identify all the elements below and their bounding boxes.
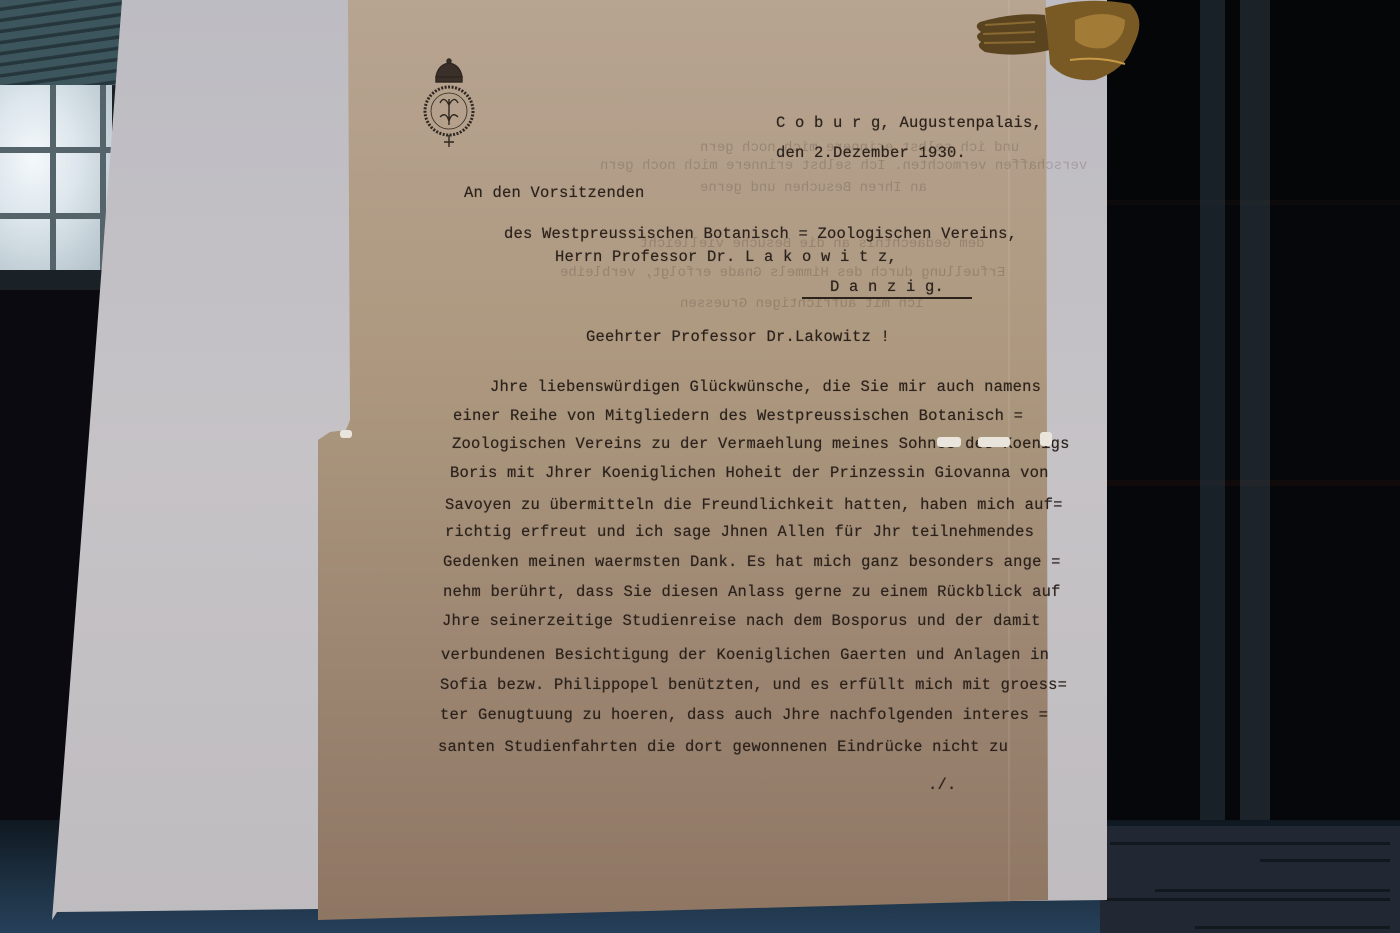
salutation: Geehrter Professor Dr.Lakowitz ! <box>586 328 890 346</box>
blurred-text-line <box>1110 842 1390 845</box>
paper-tear <box>1040 432 1052 446</box>
address-line-name: Herrn Professor Dr. L a k o w i t z, <box>555 248 897 266</box>
body-line: Sofia bezw. Philippopel benützten, und e… <box>440 676 1067 694</box>
paper-tear <box>978 437 1010 447</box>
paper-tear <box>340 430 352 438</box>
body-line: Savoyen zu übermitteln die Freundlichkei… <box>445 496 1063 514</box>
body-line: verbundenen Besichtigung der Koenigliche… <box>441 646 1049 664</box>
city-underline <box>802 297 972 299</box>
body-line: nehm berührt, dass Sie diesen Anlass ger… <box>443 583 1061 601</box>
body-line: Jhre liebenswürdigen Glückwünsche, die S… <box>490 378 1041 396</box>
blurred-text-line <box>1155 889 1390 892</box>
body-line: richtig erfreut und ich sage Jhnen Allen… <box>445 523 1034 541</box>
body-line: Gedenken meinen waermsten Dank. Es hat m… <box>443 553 1061 571</box>
brass-hand-clip <box>975 0 1145 82</box>
body-line: Jhre seinerzeitige Studienreise nach dem… <box>442 612 1041 630</box>
address-line-city: D a n z i g. <box>830 278 944 296</box>
background-document <box>1100 826 1400 933</box>
bleed-through-line: an Ihren Besuchen und gerne <box>700 180 927 196</box>
paper-fold-crease <box>1008 0 1010 920</box>
place-line: C o b u r g, Augustenpalais, <box>776 114 1042 132</box>
blurred-text-line <box>1195 926 1390 929</box>
body-line: einer Reihe von Mitgliedern des Westpreu… <box>453 407 1023 425</box>
date-line: den 2.Dezember 1930. <box>776 144 966 162</box>
window-blinds <box>0 0 130 85</box>
paper-tear <box>937 437 961 447</box>
blurred-text-line <box>1260 859 1390 862</box>
crowned-monogram-crest-icon <box>418 55 480 155</box>
continuation-mark: ./. <box>928 776 957 794</box>
body-line: ter Genugtuung zu hoeren, dass auch Jhre… <box>440 706 1048 724</box>
address-line-recipient-title: An den Vorsitzenden <box>464 184 645 202</box>
blurred-text-line <box>1105 898 1390 901</box>
glass-block-window <box>0 85 112 270</box>
address-line-society: des Westpreussischen Botanisch = Zoologi… <box>504 225 1017 243</box>
body-line: Boris mit Jhrer Koeniglichen Hoheit der … <box>450 464 1049 482</box>
body-line: Zoologischen Vereins zu der Vermaehlung … <box>452 435 1070 453</box>
body-line: santen Studienfahrten die dort gewonnene… <box>438 738 1008 756</box>
